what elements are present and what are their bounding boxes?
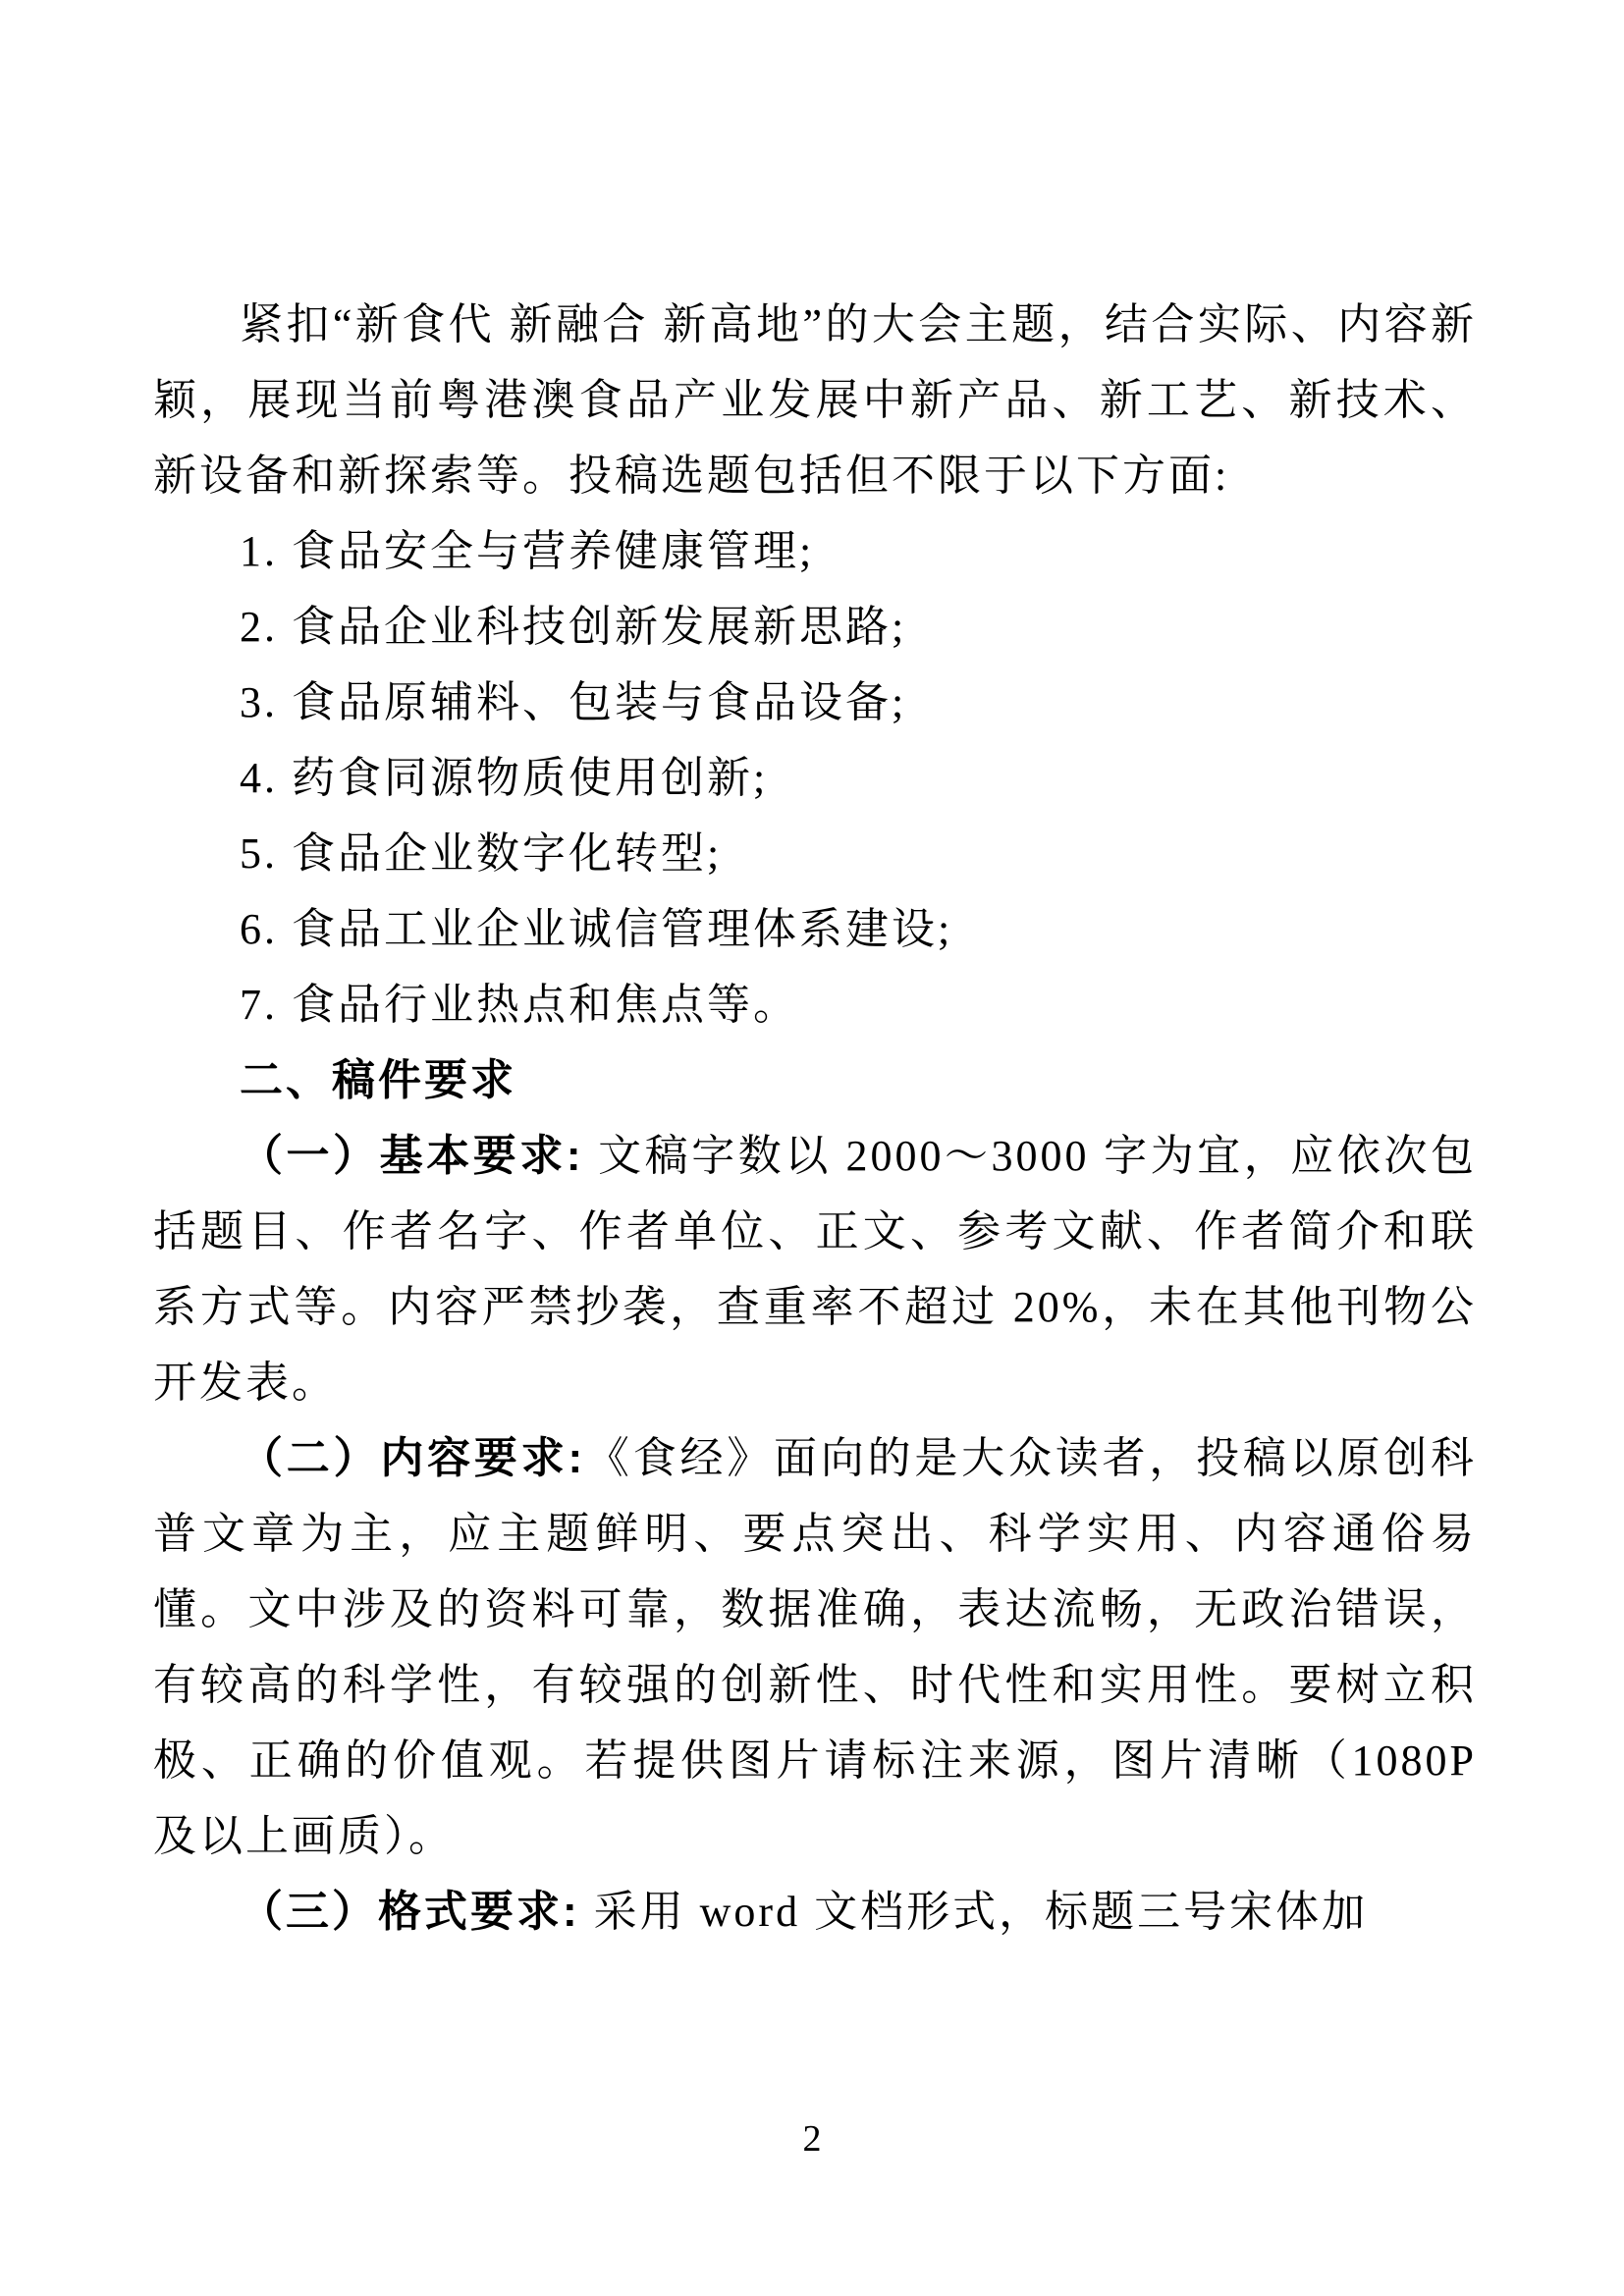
topic-item-3: 3. 食品原辅料、包装与食品设备;	[153, 665, 1477, 740]
requirement-content: （二）内容要求:《食经》面向的是大众读者，投稿以原创科普文章为主，应主题鲜明、要…	[153, 1420, 1477, 1874]
topic-item-7: 7. 食品行业热点和焦点等。	[153, 967, 1477, 1042]
topic-item-6: 6. 食品工业企业诚信管理体系建设;	[153, 891, 1477, 967]
requirement-format-text: 采用 word 文档形式，标题三号宋体加	[580, 1888, 1368, 1936]
topic-item-1: 1. 食品安全与营养健康管理;	[153, 513, 1477, 589]
page-number: 2	[0, 2112, 1624, 2165]
topic-item-5: 5. 食品企业数字化转型;	[153, 816, 1477, 891]
requirement-basic-label: （一）基本要求:	[240, 1132, 584, 1180]
requirement-content-label: （二）内容要求:	[240, 1434, 585, 1482]
topic-item-4: 4. 药食同源物质使用创新;	[153, 740, 1477, 816]
requirement-content-text: 《食经》面向的是大众读者，投稿以原创科普文章为主，应主题鲜明、要点突出、科学实用…	[153, 1434, 1477, 1860]
requirement-basic: （一）基本要求: 文稿字数以 2000～3000 字为宜，应依次包括题目、作者名…	[153, 1118, 1477, 1420]
document-body: 紧扣“新食代 新融合 新高地”的大会主题，结合实际、内容新颖，展现当前粤港澳食品…	[153, 287, 1477, 1949]
requirement-format: （三）格式要求: 采用 word 文档形式，标题三号宋体加	[153, 1874, 1477, 1949]
requirement-format-label: （三）格式要求:	[240, 1888, 580, 1936]
intro-paragraph: 紧扣“新食代 新融合 新高地”的大会主题，结合实际、内容新颖，展现当前粤港澳食品…	[153, 287, 1477, 513]
section-heading: 二、稿件要求	[153, 1042, 1477, 1118]
document-page: 紧扣“新食代 新融合 新高地”的大会主题，结合实际、内容新颖，展现当前粤港澳食品…	[0, 0, 1624, 2296]
topic-item-2: 2. 食品企业科技创新发展新思路;	[153, 589, 1477, 665]
